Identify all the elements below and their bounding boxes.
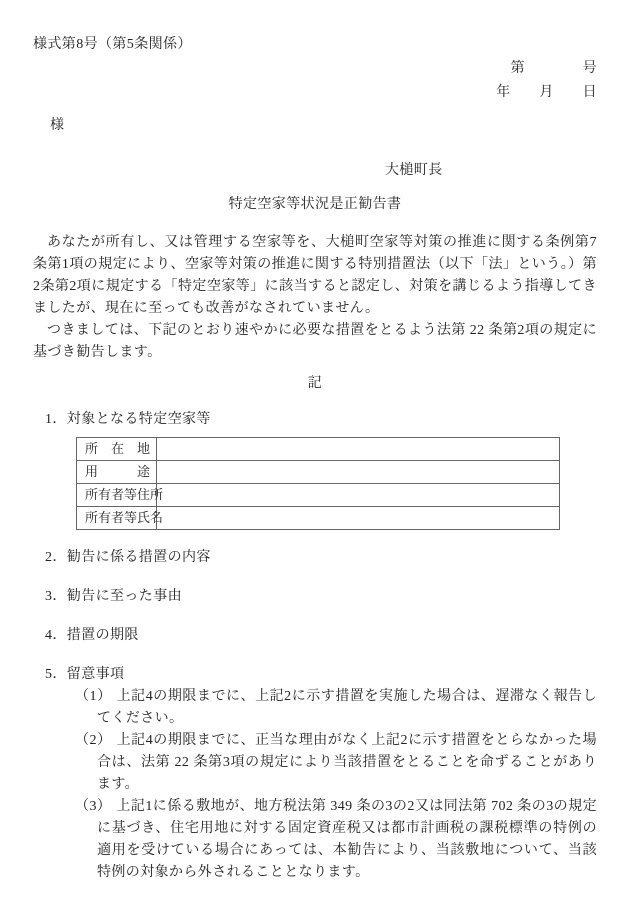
note-text: 上記4の期限までに、上記2に示す措置を実施した場合は、遅滞なく報告してください。 bbox=[97, 689, 597, 726]
row-label-owner-address: 所有者等住所 bbox=[77, 484, 157, 507]
section-heading-5: 5．留意事項 bbox=[33, 664, 597, 686]
row-label-owner-name: 所有者等氏名 bbox=[77, 507, 157, 530]
field-location[interactable] bbox=[157, 438, 560, 461]
form-number: 様式第8号（第5条関係） bbox=[33, 34, 597, 56]
note-item-2: （2）上記4の期限までに、正当な理由がなく上記2に示す措置をとらなかった場合は、… bbox=[75, 730, 597, 796]
addressee-line: 様 bbox=[33, 115, 597, 137]
note-text: 上記1に係る敷地が、地方税法第 349 条の3の2又は同法第 702 条の3の規… bbox=[97, 799, 597, 880]
body-paragraph-2: つきましては、下記のとおり速やかに必要な措置をとるよう法第 22 条第2項の規定… bbox=[33, 320, 597, 364]
date-line: 年 月 日 bbox=[33, 82, 597, 104]
note-number: （2） bbox=[75, 733, 112, 748]
section-heading-4: 4．措置の期限 bbox=[33, 625, 597, 647]
note-item-1: （1）上記4の期限までに、上記2に示す措置を実施した場合は、遅滞なく報告してくだ… bbox=[75, 686, 597, 730]
table-row-owner-address: 所有者等住所 bbox=[77, 484, 560, 507]
body-paragraph-1: あなたが所有し、又は管理する空家等を、大槌町空家等対策の推進に関する条例第7条第… bbox=[33, 232, 597, 320]
table-row-location: 所 在 地 bbox=[77, 438, 560, 461]
table-row-use: 用 途 bbox=[77, 461, 560, 484]
row-label-location: 所 在 地 bbox=[77, 438, 157, 461]
note-text: 上記4の期限までに、正当な理由がなく上記2に示す措置をとらなかった場合は、法第 … bbox=[97, 733, 597, 792]
field-owner-name[interactable] bbox=[157, 507, 560, 530]
document-page: 様式第8号（第5条関係） 第 号 年 月 日 様 大槌町長 特定空家等状況是正勧… bbox=[0, 0, 630, 884]
note-number: （1） bbox=[75, 689, 112, 704]
document-title: 特定空家等状況是正勧告書 bbox=[33, 194, 597, 216]
ki-heading: 記 bbox=[33, 373, 597, 395]
field-owner-address[interactable] bbox=[157, 484, 560, 507]
note-item-3: （3）上記1に係る敷地が、地方税法第 349 条の3の2又は同法第 702 条の… bbox=[75, 796, 597, 884]
section-heading-1: 1．対象となる特定空家等 bbox=[33, 409, 597, 431]
section-heading-3: 3．勧告に至った事由 bbox=[33, 586, 597, 608]
property-table: 所 在 地 用 途 所有者等住所 所有者等氏名 bbox=[76, 437, 560, 530]
row-label-use: 用 途 bbox=[77, 461, 157, 484]
body-text: あなたが所有し、又は管理する空家等を、大槌町空家等対策の推進に関する条例第7条第… bbox=[33, 232, 597, 364]
table-row-owner-name: 所有者等氏名 bbox=[77, 507, 560, 530]
field-use[interactable] bbox=[157, 461, 560, 484]
notes-list: （1）上記4の期限までに、上記2に示す措置を実施した場合は、遅滞なく報告してくだ… bbox=[33, 686, 597, 884]
document-number-line: 第 号 bbox=[33, 58, 597, 80]
sender-line: 大槌町長 bbox=[33, 160, 597, 182]
note-number: （3） bbox=[75, 799, 111, 814]
section-heading-2: 2．勧告に係る措置の内容 bbox=[33, 547, 597, 569]
